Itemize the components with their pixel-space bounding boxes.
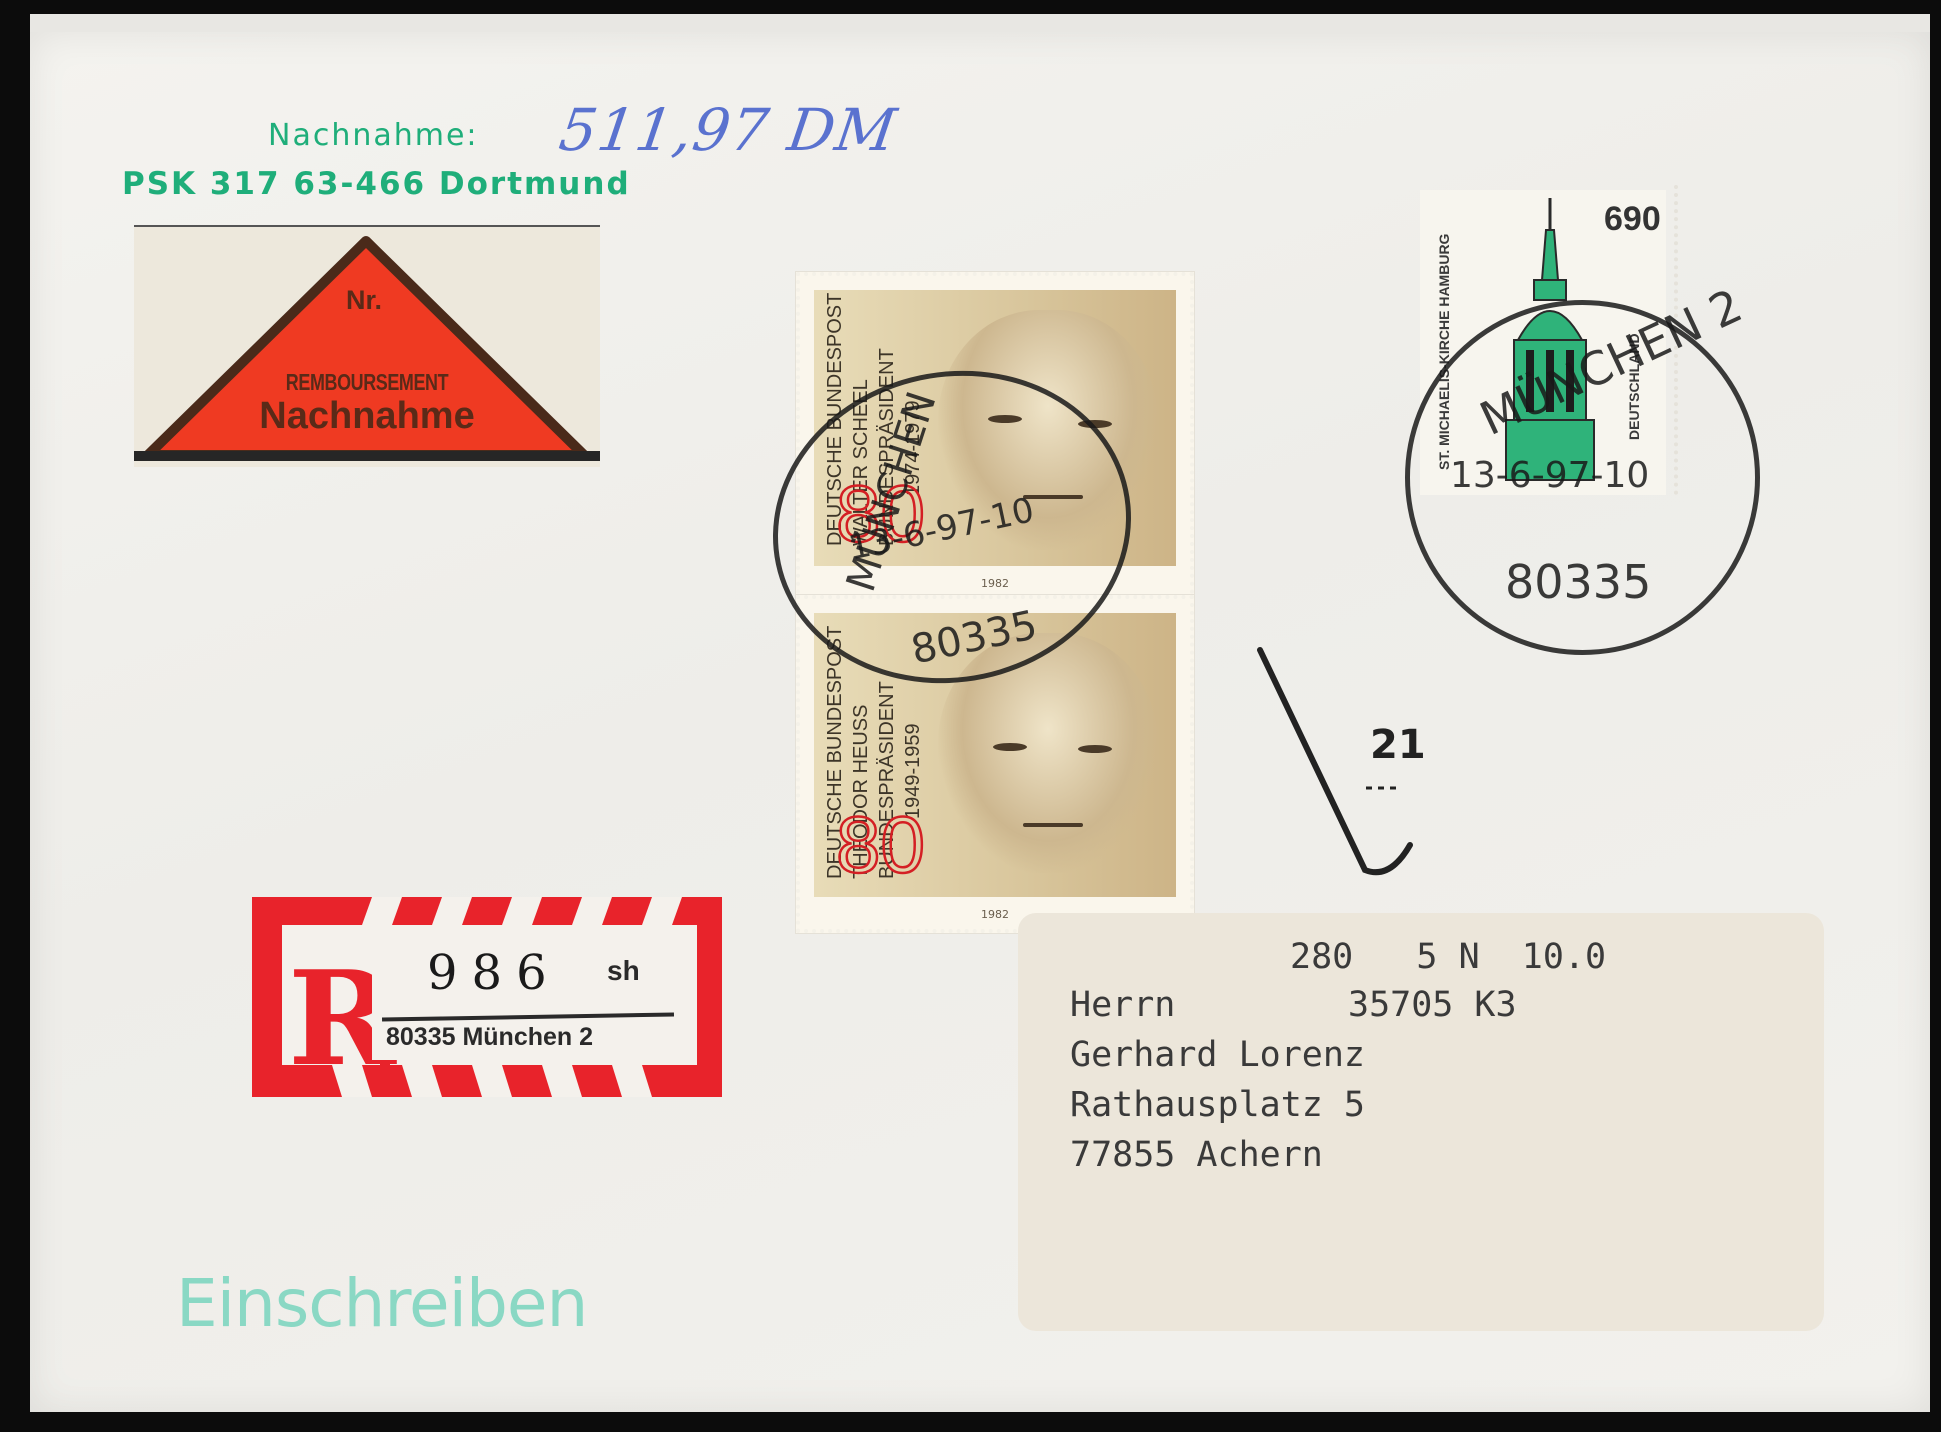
postmark-date: 13-6-97-10 [1450,455,1649,496]
pencil-number: 21 [1370,722,1426,768]
address-name: Gerhard Lorenz [1070,1035,1365,1075]
address-city: 77855 Achern [1070,1135,1323,1175]
service-stamp-einschreiben: Einschreiben [176,1265,587,1342]
registration-info: 986 sh 80335 München 2 [372,925,672,1060]
registration-office: 80335 München 2 [386,1023,593,1052]
sender-account: PSK 317 63-466 Dortmund [122,166,631,202]
address-code: 35705 K3 [1348,985,1517,1025]
stamp-value: 80 [836,805,925,885]
handwritten-amount: 511,97 DM [555,96,901,164]
postmark-2: MÜNCHEN 2 13-6-97-10 80335 [1405,300,1760,655]
registration-divider [382,1012,674,1021]
cod-line1: REMBOURSEMENT [185,369,548,396]
address-routing-code: 280 5 N 10.0 [1290,937,1606,977]
postmark-postcode: 80335 [907,602,1041,673]
pencil-check-mark: 21 [1250,640,1450,880]
address-street: Rathausplatz 5 [1070,1085,1365,1125]
stamp-value: 690 [1604,200,1661,239]
address-salutation: Herrn [1070,985,1175,1025]
cod-sticker: Nr. REMBOURSEMENT Nachnahme [134,225,600,467]
cod-heading: Nachnahme: [268,118,479,153]
registration-number: 986 [427,945,561,1001]
address-window: 280 5 N 10.0 Herrn 35705 K3 Gerhard Lore… [1018,913,1824,1331]
postmark-postcode: 80335 [1505,555,1651,609]
cod-line2: Nachnahme [134,395,600,438]
registration-label: R 986 sh 80335 München 2 [252,877,722,1102]
cod-nr-label: Nr. [346,285,382,316]
registration-suffix: sh [607,955,640,987]
